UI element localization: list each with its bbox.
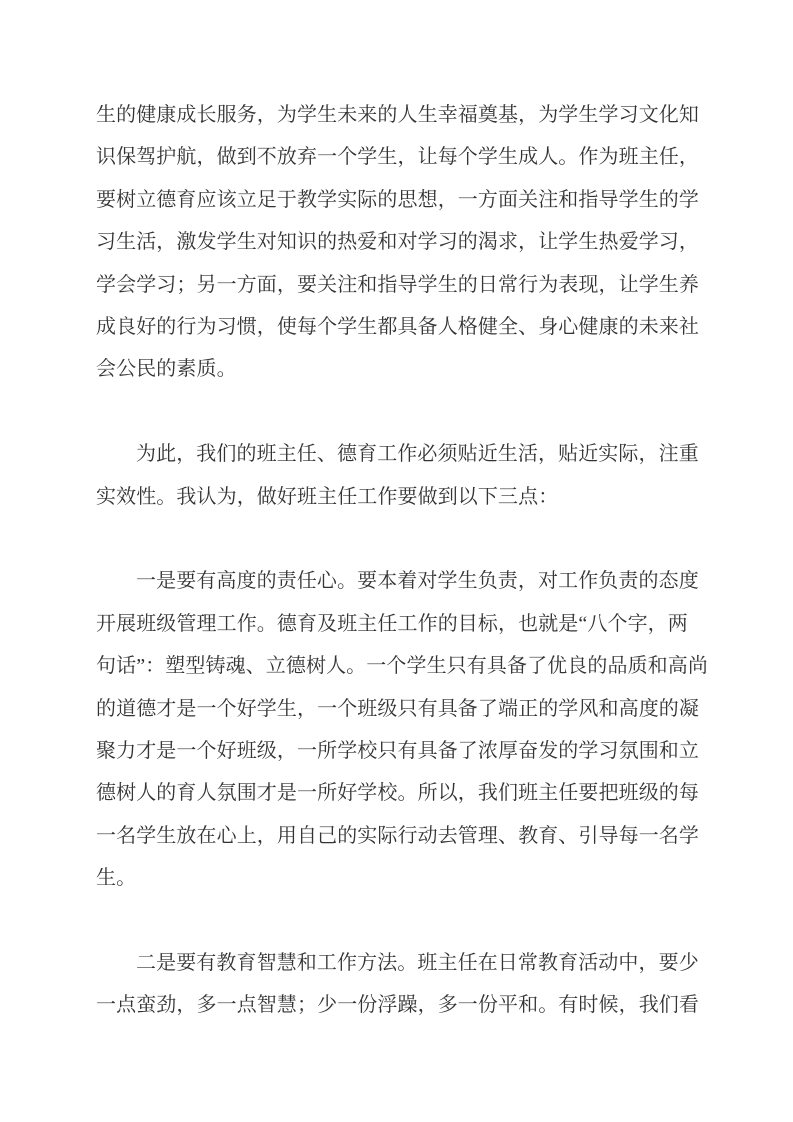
text-line: 识保驾护航，做到不放弃一个学生，让每个学生成人。作为班主任， — [96, 136, 704, 178]
paragraph: 一是要有高度的责任心。要本着对学生负责，对工作负责的态度开展班级管理工作。德育及… — [96, 560, 704, 899]
document-body: 生的健康成长服务，为学生未来的人生幸福奠基，为学生学习文化知识保驾护航，做到不放… — [96, 94, 704, 1027]
text-line: 开展班级管理工作。德育及班主任工作的目标，也就是“八个字，两 — [96, 603, 704, 645]
document-page: 生的健康成长服务，为学生未来的人生幸福奠基，为学生学习文化知识保驾护航，做到不放… — [0, 0, 793, 1122]
text-line: 要树立德育应该立足于教学实际的思想，一方面关注和指导学生的学 — [96, 179, 704, 221]
text-line: 聚力才是一个好班级，一所学校只有具备了浓厚奋发的学习氛围和立 — [96, 730, 704, 772]
text-line: 德树人的育人氛围才是一所好学校。所以，我们班主任要把班级的每 — [96, 772, 704, 814]
text-line: 习生活，激发学生对知识的热爱和对学习的渴求，让学生热爱学习， — [96, 221, 704, 263]
paragraph: 生的健康成长服务，为学生未来的人生幸福奠基，为学生学习文化知识保驾护航，做到不放… — [96, 94, 704, 391]
text-line: 实效性。我认为，做好班主任工作要做到以下三点： — [96, 476, 704, 518]
text-line: 一名学生放在心上，用自己的实际行动去管理、教育、引导每一名学 — [96, 815, 704, 857]
text-line: 的道德才是一个好学生，一个班级只有具备了端正的学风和高度的凝 — [96, 688, 704, 730]
text-line: 为此，我们的班主任、德育工作必须贴近生活，贴近实际，注重 — [96, 433, 704, 475]
text-line: 句话”：塑型铸魂、立德树人。一个学生只有具备了优良的品质和高尚 — [96, 645, 704, 687]
text-line: 一是要有高度的责任心。要本着对学生负责，对工作负责的态度 — [96, 560, 704, 602]
paragraph: 二是要有教育智慧和工作方法。班主任在日常教育活动中，要少一点蛮劲，多一点智慧；少… — [96, 942, 704, 1027]
text-line: 一点蛮劲，多一点智慧；少一份浮躁，多一份平和。有时候，我们看 — [96, 984, 704, 1026]
text-line: 生的健康成长服务，为学生未来的人生幸福奠基，为学生学习文化知 — [96, 94, 704, 136]
text-line: 学会学习；另一方面，要关注和指导学生的日常行为表现，让学生养 — [96, 264, 704, 306]
text-line: 成良好的行为习惯，使每个学生都具备人格健全、身心健康的未来社 — [96, 306, 704, 348]
text-line: 生。 — [96, 857, 704, 899]
text-line: 二是要有教育智慧和工作方法。班主任在日常教育活动中，要少 — [96, 942, 704, 984]
text-line: 会公民的素质。 — [96, 348, 704, 390]
paragraph: 为此，我们的班主任、德育工作必须贴近生活，贴近实际，注重实效性。我认为，做好班主… — [96, 433, 704, 518]
